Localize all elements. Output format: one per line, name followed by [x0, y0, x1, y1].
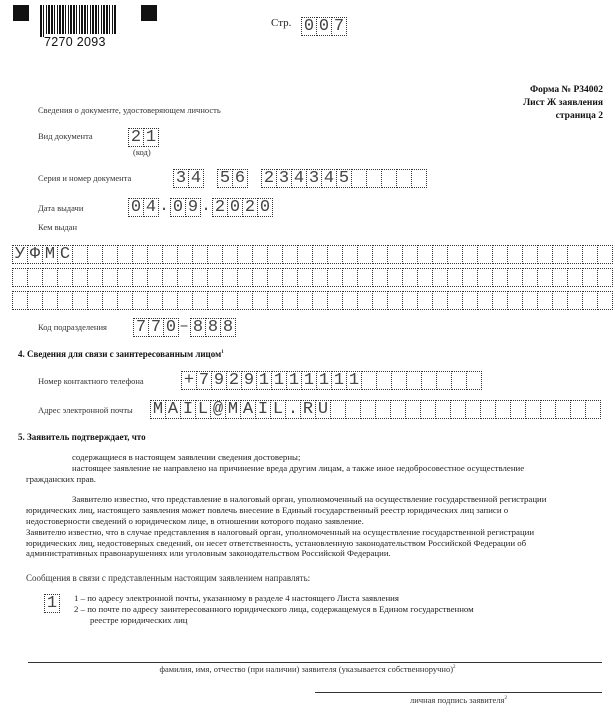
- char-cell[interactable]: [405, 400, 421, 419]
- phone-field[interactable]: +79291111111: [181, 371, 481, 390]
- char-cell[interactable]: @: [210, 400, 226, 419]
- char-cell[interactable]: [360, 400, 376, 419]
- char-cell[interactable]: [147, 245, 163, 264]
- char-cell[interactable]: [537, 245, 553, 264]
- char-cell[interactable]: [582, 291, 598, 310]
- char-cell[interactable]: 0: [257, 198, 273, 217]
- notice-2-end: административных правонарушениях или уго…: [26, 548, 606, 559]
- char-cell[interactable]: [222, 245, 238, 264]
- signature-caption-text: личная подпись заявителя: [410, 695, 504, 705]
- char-cell[interactable]: +: [181, 371, 197, 390]
- char-cell[interactable]: [267, 268, 283, 287]
- char-cell[interactable]: [297, 245, 313, 264]
- char-cell[interactable]: М: [42, 245, 58, 264]
- char-cell[interactable]: [406, 371, 422, 390]
- option-1: 1 – по адресу электронной почты, указанн…: [74, 593, 604, 604]
- char-cell[interactable]: [447, 291, 463, 310]
- char-cell[interactable]: [552, 291, 568, 310]
- statement-2-cont: гражданских прав.: [26, 474, 606, 485]
- confirm-statements: содержащиеся в настоящем заявлении сведе…: [26, 452, 606, 559]
- char-cell[interactable]: [567, 291, 583, 310]
- char-cell[interactable]: [555, 400, 571, 419]
- doc-type-label: Вид документа: [38, 131, 93, 141]
- char-cell[interactable]: [477, 245, 493, 264]
- char-cell[interactable]: [12, 268, 28, 287]
- char-cell[interactable]: [42, 268, 58, 287]
- char-cell[interactable]: 3: [173, 169, 189, 188]
- char-cell[interactable]: [237, 291, 253, 310]
- char-cell[interactable]: 1: [301, 371, 317, 390]
- char-cell[interactable]: [192, 245, 208, 264]
- char-cell[interactable]: [72, 291, 88, 310]
- char-cell[interactable]: [312, 291, 328, 310]
- char-cell[interactable]: [387, 291, 403, 310]
- char-cell[interactable]: L: [195, 400, 211, 419]
- char-cell[interactable]: [582, 268, 598, 287]
- char-cell[interactable]: [312, 245, 328, 264]
- char-cell[interactable]: 0: [170, 198, 186, 217]
- char-cell[interactable]: [376, 371, 392, 390]
- contact-section-title-text: 4. Сведения для связи с заинтересованным…: [18, 349, 221, 359]
- char-cell[interactable]: 5: [336, 169, 352, 188]
- division-code-part-2[interactable]: 888: [190, 318, 235, 337]
- char-cell[interactable]: [162, 291, 178, 310]
- char-cell[interactable]: [582, 245, 598, 264]
- char-cell[interactable]: [372, 268, 388, 287]
- char-cell[interactable]: [252, 291, 268, 310]
- registration-mark-right: [141, 5, 157, 21]
- char-cell[interactable]: 1: [44, 594, 60, 613]
- email-field[interactable]: MAIL@MAIL.RU: [150, 400, 600, 419]
- char-cell[interactable]: 1: [143, 128, 159, 147]
- issue-date-month[interactable]: 09: [170, 198, 200, 217]
- barcode-bars: [40, 5, 116, 37]
- char-cell[interactable]: 9: [185, 198, 201, 217]
- char-cell[interactable]: [222, 268, 238, 287]
- char-cell[interactable]: 8: [190, 318, 206, 337]
- issue-date-field[interactable]: 04 . 09 . 2020: [128, 198, 272, 217]
- option-2: 2 – по почте по адресу заинтересованного…: [74, 604, 604, 615]
- identity-section-title: Сведения о документе, удостоверяющем лич…: [38, 105, 221, 115]
- char-cell[interactable]: [466, 371, 482, 390]
- char-cell[interactable]: [267, 291, 283, 310]
- char-cell[interactable]: 0: [128, 198, 144, 217]
- registration-mark-left: [13, 5, 29, 21]
- char-cell[interactable]: [552, 245, 568, 264]
- notice-2: Заявителю известно, что в случае предста…: [26, 527, 606, 538]
- char-cell[interactable]: [282, 291, 298, 310]
- char-cell[interactable]: [312, 268, 328, 287]
- char-cell[interactable]: [327, 245, 343, 264]
- char-cell[interactable]: A: [165, 400, 181, 419]
- char-cell[interactable]: [417, 245, 433, 264]
- sheet-title: Лист Ж заявления: [523, 97, 603, 110]
- char-cell[interactable]: [421, 371, 437, 390]
- char-cell[interactable]: 0: [227, 198, 243, 217]
- char-cell[interactable]: 1: [331, 371, 347, 390]
- char-cell[interactable]: [327, 291, 343, 310]
- fio-caption-text: фамилия, имя, отчество (при наличии) зая…: [159, 664, 453, 674]
- char-cell[interactable]: [507, 291, 523, 310]
- char-cell[interactable]: [522, 268, 538, 287]
- char-cell[interactable]: [451, 371, 467, 390]
- char-cell[interactable]: I: [180, 400, 196, 419]
- char-cell[interactable]: [477, 291, 493, 310]
- division-code-field[interactable]: 770 – 888: [133, 318, 235, 337]
- char-cell[interactable]: U: [315, 400, 331, 419]
- fio-line[interactable]: [28, 662, 602, 663]
- char-cell[interactable]: 7: [331, 17, 347, 36]
- char-cell[interactable]: [87, 245, 103, 264]
- date-separator: .: [158, 198, 170, 217]
- messages-choice-field[interactable]: 1: [44, 594, 59, 613]
- form-header: Форма № Р34002 Лист Ж заявления страница…: [523, 84, 603, 123]
- char-cell[interactable]: [330, 400, 346, 419]
- signature-line[interactable]: [315, 692, 602, 693]
- char-cell[interactable]: [411, 169, 427, 188]
- cell-gap: [203, 169, 217, 188]
- char-cell[interactable]: [162, 268, 178, 287]
- char-cell[interactable]: [342, 245, 358, 264]
- char-cell[interactable]: [585, 400, 601, 419]
- char-cell[interactable]: [402, 245, 418, 264]
- doc-type-code-note: (код): [133, 147, 151, 157]
- char-cell[interactable]: [567, 245, 583, 264]
- char-cell[interactable]: 1: [271, 371, 287, 390]
- char-cell[interactable]: [390, 400, 406, 419]
- char-cell[interactable]: 9: [241, 371, 257, 390]
- page-label: Стр.: [271, 17, 291, 29]
- char-cell[interactable]: [361, 371, 377, 390]
- contact-section-title: 4. Сведения для связи с заинтересованным…: [18, 349, 224, 359]
- issued-by-row-1[interactable]: УФМС: [12, 245, 612, 264]
- series-number-label: Серия и номер документа: [38, 173, 131, 183]
- char-cell[interactable]: [27, 268, 43, 287]
- char-cell[interactable]: [480, 400, 496, 419]
- issue-date-day[interactable]: 04: [128, 198, 158, 217]
- char-cell[interactable]: [132, 268, 148, 287]
- char-cell[interactable]: [57, 268, 73, 287]
- char-cell[interactable]: 1: [346, 371, 362, 390]
- char-cell[interactable]: 7: [196, 371, 212, 390]
- char-cell[interactable]: [447, 268, 463, 287]
- char-cell[interactable]: M: [225, 400, 241, 419]
- statement-1: содержащиеся в настоящем заявлении сведе…: [26, 452, 606, 463]
- char-cell[interactable]: [327, 268, 343, 287]
- char-cell[interactable]: [522, 245, 538, 264]
- char-cell[interactable]: [117, 245, 133, 264]
- char-cell[interactable]: [207, 245, 223, 264]
- issue-date-label: Дата выдачи: [38, 203, 83, 213]
- char-cell[interactable]: R: [300, 400, 316, 419]
- char-cell[interactable]: [102, 268, 118, 287]
- notice-1: Заявителю известно, что представление в …: [26, 494, 606, 505]
- char-cell[interactable]: [222, 291, 238, 310]
- char-cell[interactable]: [417, 291, 433, 310]
- char-cell[interactable]: [372, 291, 388, 310]
- char-cell[interactable]: [402, 268, 418, 287]
- char-cell[interactable]: 0: [301, 17, 317, 36]
- char-cell[interactable]: [537, 268, 553, 287]
- notice-1-cont: юридических лиц, настоящего заявления мо…: [26, 505, 606, 516]
- char-cell[interactable]: [462, 291, 478, 310]
- char-cell[interactable]: 5: [217, 169, 233, 188]
- char-cell[interactable]: [492, 291, 508, 310]
- char-cell[interactable]: [597, 268, 613, 287]
- char-cell[interactable]: [297, 291, 313, 310]
- char-cell[interactable]: С: [57, 245, 73, 264]
- char-cell[interactable]: [417, 268, 433, 287]
- cell-gap: [247, 169, 261, 188]
- char-cell[interactable]: 4: [188, 169, 204, 188]
- char-cell[interactable]: [102, 291, 118, 310]
- char-cell[interactable]: 3: [276, 169, 292, 188]
- char-cell[interactable]: [507, 245, 523, 264]
- notice-1-end: недостоверности сведений о юридическом л…: [26, 516, 606, 527]
- barcode-number: 7270 2093: [44, 34, 116, 50]
- char-cell[interactable]: [87, 291, 103, 310]
- char-cell[interactable]: [147, 268, 163, 287]
- char-cell[interactable]: [342, 268, 358, 287]
- division-code-dash: –: [178, 318, 190, 337]
- char-cell[interactable]: [391, 371, 407, 390]
- char-cell[interactable]: [432, 291, 448, 310]
- char-cell[interactable]: [450, 400, 466, 419]
- footnote-mark: 2: [453, 665, 456, 670]
- char-cell[interactable]: [462, 245, 478, 264]
- char-cell[interactable]: [207, 291, 223, 310]
- char-cell[interactable]: [381, 169, 397, 188]
- char-cell[interactable]: У: [12, 245, 28, 264]
- char-cell[interactable]: 7: [148, 318, 164, 337]
- char-cell[interactable]: [507, 268, 523, 287]
- char-cell[interactable]: [357, 268, 373, 287]
- char-cell[interactable]: .: [285, 400, 301, 419]
- char-cell[interactable]: 1: [286, 371, 302, 390]
- char-cell[interactable]: 2: [226, 371, 242, 390]
- char-cell[interactable]: [387, 245, 403, 264]
- barcode: 7270 2093: [40, 5, 116, 49]
- char-cell[interactable]: 2: [128, 128, 144, 147]
- char-cell[interactable]: [552, 268, 568, 287]
- char-cell[interactable]: [537, 291, 553, 310]
- footnote-mark: 1: [221, 350, 224, 355]
- char-cell[interactable]: [525, 400, 541, 419]
- char-cell[interactable]: 2: [261, 169, 277, 188]
- char-cell[interactable]: 9: [211, 371, 227, 390]
- char-cell[interactable]: [522, 291, 538, 310]
- char-cell[interactable]: [87, 268, 103, 287]
- char-cell[interactable]: [492, 268, 508, 287]
- char-cell[interactable]: L: [270, 400, 286, 419]
- issued-by-label: Кем выдан: [38, 222, 77, 232]
- char-cell[interactable]: [342, 291, 358, 310]
- division-code-part-1[interactable]: 770: [133, 318, 178, 337]
- char-cell[interactable]: [117, 291, 133, 310]
- char-cell[interactable]: A: [240, 400, 256, 419]
- char-cell[interactable]: [147, 291, 163, 310]
- char-cell[interactable]: [432, 268, 448, 287]
- char-cell[interactable]: [102, 245, 118, 264]
- char-cell[interactable]: [207, 268, 223, 287]
- char-cell[interactable]: [465, 400, 481, 419]
- char-cell[interactable]: [447, 245, 463, 264]
- char-cell[interactable]: [27, 291, 43, 310]
- char-cell[interactable]: [162, 245, 178, 264]
- char-cell[interactable]: [357, 245, 373, 264]
- char-cell[interactable]: [42, 291, 58, 310]
- char-cell[interactable]: 3: [306, 169, 322, 188]
- char-cell[interactable]: I: [255, 400, 271, 419]
- division-code-label: Код подразделения: [38, 322, 107, 332]
- page-title: страница 2: [523, 110, 603, 123]
- issued-by-row-2[interactable]: [12, 268, 612, 287]
- char-cell[interactable]: 4: [321, 169, 337, 188]
- char-cell[interactable]: [345, 400, 361, 419]
- series-number-field[interactable]: 3456234345: [173, 169, 426, 188]
- char-cell[interactable]: [57, 291, 73, 310]
- char-cell[interactable]: [192, 268, 208, 287]
- char-cell[interactable]: [510, 400, 526, 419]
- char-cell[interactable]: M: [150, 400, 166, 419]
- char-cell[interactable]: [387, 268, 403, 287]
- char-cell[interactable]: [132, 291, 148, 310]
- messages-label: Сообщения в связи с представленным насто…: [26, 573, 310, 583]
- char-cell[interactable]: [597, 245, 613, 264]
- char-cell[interactable]: 1: [316, 371, 332, 390]
- page-number-field[interactable]: 007: [301, 17, 346, 36]
- char-cell[interactable]: [237, 245, 253, 264]
- char-cell[interactable]: [372, 245, 388, 264]
- char-cell[interactable]: Ф: [27, 245, 43, 264]
- char-cell[interactable]: [351, 169, 367, 188]
- char-cell[interactable]: [366, 169, 382, 188]
- char-cell[interactable]: [375, 400, 391, 419]
- char-cell[interactable]: [357, 291, 373, 310]
- char-cell[interactable]: [237, 268, 253, 287]
- char-cell[interactable]: [396, 169, 412, 188]
- char-cell[interactable]: 7: [133, 318, 149, 337]
- char-cell[interactable]: [282, 245, 298, 264]
- signature-caption: личная подпись заявителя2: [315, 695, 602, 705]
- char-cell[interactable]: [492, 245, 508, 264]
- char-cell[interactable]: [177, 245, 193, 264]
- char-cell[interactable]: [192, 291, 208, 310]
- char-cell[interactable]: 1: [256, 371, 272, 390]
- email-label: Адрес электронной почты: [38, 405, 133, 415]
- char-cell[interactable]: 0: [163, 318, 179, 337]
- date-separator: .: [200, 198, 212, 217]
- char-cell[interactable]: 4: [143, 198, 159, 217]
- char-cell[interactable]: [435, 400, 451, 419]
- char-cell[interactable]: [477, 268, 493, 287]
- confirm-section-title: 5. Заявитель подтверждает, что: [18, 432, 146, 442]
- char-cell[interactable]: 2: [212, 198, 228, 217]
- messages-options: 1 – по адресу электронной почты, указанн…: [74, 593, 604, 625]
- char-cell[interactable]: [177, 268, 193, 287]
- char-cell[interactable]: [570, 400, 586, 419]
- char-cell[interactable]: 0: [316, 17, 332, 36]
- fio-caption: фамилия, имя, отчество (при наличии) зая…: [0, 664, 615, 674]
- footnote-mark: 2: [504, 696, 507, 701]
- char-cell[interactable]: [12, 291, 28, 310]
- char-cell[interactable]: [267, 245, 283, 264]
- phone-label: Номер контактного телефона: [38, 376, 144, 386]
- char-cell[interactable]: [72, 268, 88, 287]
- issued-by-row-3[interactable]: [12, 291, 612, 310]
- char-cell[interactable]: 4: [291, 169, 307, 188]
- char-cell[interactable]: [252, 245, 268, 264]
- issue-date-year[interactable]: 2020: [212, 198, 272, 217]
- char-cell[interactable]: [177, 291, 193, 310]
- statement-2: настоящее заявление не направлено на при…: [26, 463, 606, 474]
- char-cell[interactable]: [432, 245, 448, 264]
- char-cell[interactable]: 8: [205, 318, 221, 337]
- char-cell[interactable]: [567, 268, 583, 287]
- doc-type-field[interactable]: 21: [128, 128, 158, 147]
- char-cell[interactable]: [402, 291, 418, 310]
- char-cell[interactable]: [297, 268, 313, 287]
- char-cell[interactable]: 8: [220, 318, 236, 337]
- char-cell[interactable]: [117, 268, 133, 287]
- char-cell[interactable]: [252, 268, 268, 287]
- char-cell[interactable]: [436, 371, 452, 390]
- char-cell[interactable]: [420, 400, 436, 419]
- char-cell[interactable]: [72, 245, 88, 264]
- form-title: Форма № Р34002: [523, 84, 603, 97]
- char-cell[interactable]: [132, 245, 148, 264]
- notice-2-cont: юридических лиц, недостоверных сведений,…: [26, 538, 606, 549]
- option-2-cont: реестре юридических лиц: [74, 615, 604, 626]
- char-cell[interactable]: [282, 268, 298, 287]
- char-cell[interactable]: 6: [232, 169, 248, 188]
- char-cell[interactable]: 2: [242, 198, 258, 217]
- char-cell[interactable]: [495, 400, 511, 419]
- char-cell[interactable]: [597, 291, 613, 310]
- char-cell[interactable]: [462, 268, 478, 287]
- char-cell[interactable]: [540, 400, 556, 419]
